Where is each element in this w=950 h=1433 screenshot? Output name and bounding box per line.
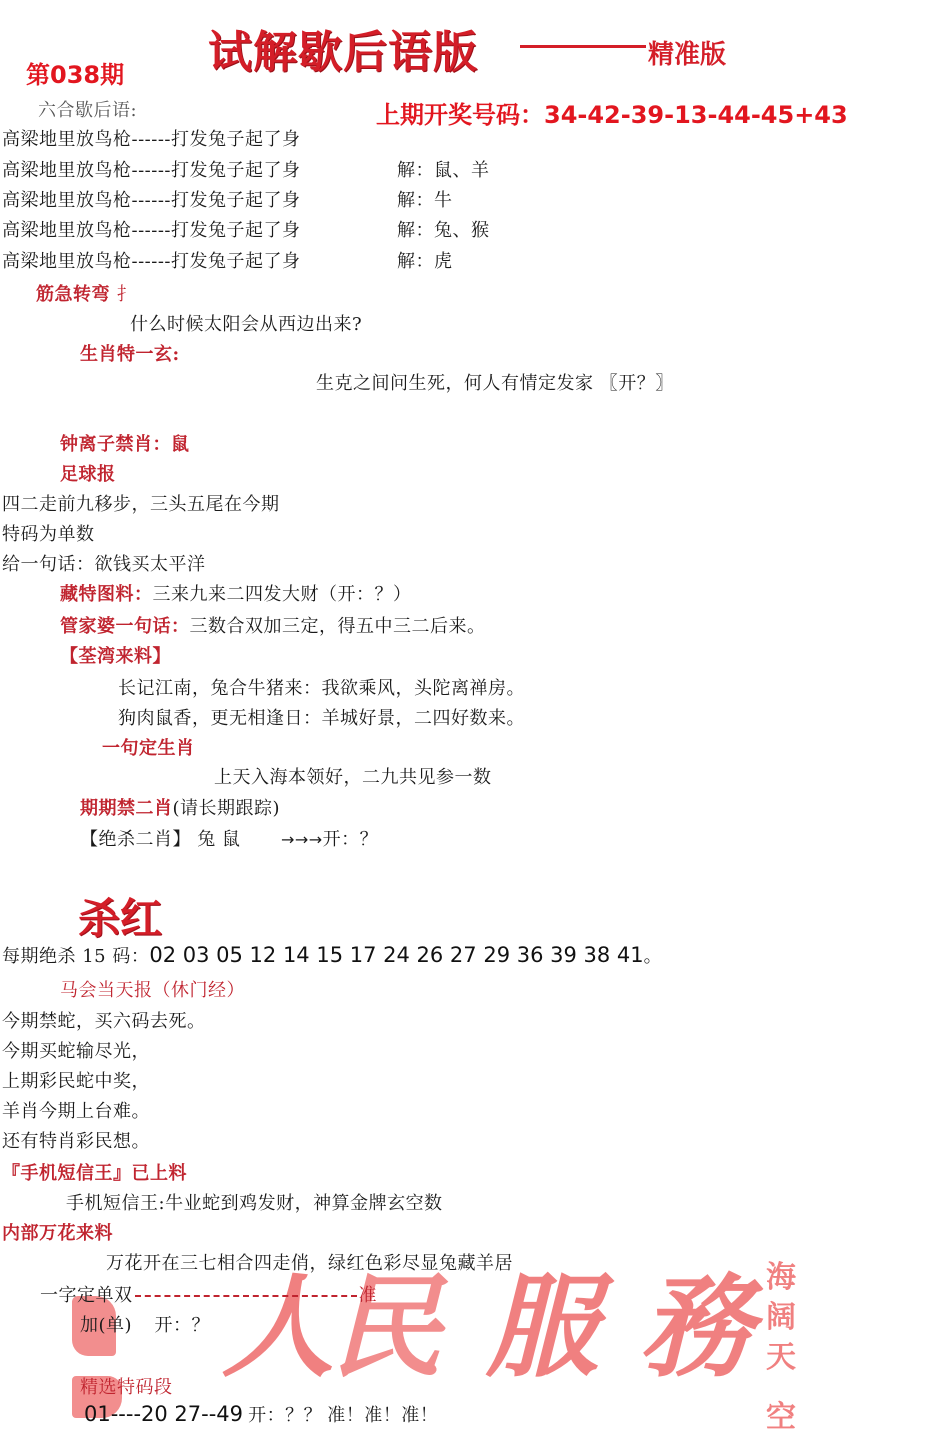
wanhua-text: 万花开在三七相合四走俏，绿红色彩尽显兔藏羊居: [106, 1249, 513, 1275]
proverb-text: 高梁地里放鸟枪------打发兔子起了身: [2, 190, 301, 211]
page-subtitle: 精准版: [648, 34, 726, 71]
watermark-vchar: 阔: [766, 1298, 800, 1338]
butler-label: 管家婆一句话：: [60, 616, 190, 637]
special-range-line: 01----20 27--49 开：？？ 准！准！准！: [84, 1401, 438, 1427]
last-draw: 上期开奖号码：34-42-39-13-44-45+43: [376, 95, 848, 130]
odd-even-value: 加(单) 开：？: [80, 1311, 210, 1337]
zodiac-riddle-text: 生克之间问生死，何人有情定发家 〖开？〗: [316, 369, 674, 395]
kill-red-line: 每期绝杀 15 码：02 03 05 12 14 15 17 24 26 27 …: [2, 942, 662, 968]
macau-line: 羊肖今期上台难。: [2, 1097, 150, 1123]
odd-even-heading: 一字定单双准: [40, 1281, 377, 1307]
kill-red-end: 。: [644, 946, 663, 967]
wanhua-heading: 内部万花来料: [2, 1219, 113, 1245]
proverb-answer: 解：虎: [397, 247, 453, 273]
title-divider: [520, 45, 646, 48]
odd-even-open: 开：？: [155, 1315, 211, 1336]
butler-text: 三数合双加三定，得五中三二后来。: [190, 616, 486, 637]
proverb-text: 高梁地里放鸟枪------打发兔子起了身: [2, 129, 301, 150]
liuhe-heading: 六合歇后语:: [38, 96, 137, 122]
odd-even-tail: 准: [359, 1285, 378, 1306]
brain-teaser-heading: 筋急转弯 扌: [36, 280, 135, 306]
kill-red-heading: 杀红: [78, 886, 162, 946]
zhongli-ban: 钟离子禁肖：鼠: [60, 430, 190, 456]
one-sentence-text: 上天入海本领好，二九共见参一数: [214, 763, 492, 789]
ban-two-open: 开：？: [323, 829, 379, 850]
macau-line: 今期禁蛇，买六码去死。: [2, 1007, 206, 1033]
last-draw-label: 上期开奖号码：: [376, 101, 544, 129]
ban-two-line: 【绝杀二肖】 兔 鼠 →→→开：？: [80, 825, 378, 851]
macau-line: 还有特肖彩民想。: [2, 1127, 150, 1153]
arrow-icon: →→→: [281, 830, 323, 849]
dashed-divider: [135, 1295, 357, 1297]
sms-king-heading: 『手机短信王』已上料: [2, 1159, 187, 1185]
butler: 管家婆一句话：三数合双加三定，得五中三二后来。: [60, 612, 486, 638]
ban-two-label: 【绝杀二肖】: [80, 829, 191, 850]
one-sentence-heading: 一句定生肖: [102, 734, 195, 760]
last-draw-numbers: 34-42-39-13-44-45+43: [544, 101, 848, 129]
watermark-vchar: 空: [766, 1398, 800, 1433]
issue-number: 第038期: [26, 55, 124, 90]
football-heading: 足球报: [60, 460, 116, 486]
brain-teaser-question: 什么时候太阳会从西边出来?: [130, 310, 362, 336]
special-range-open: 开：？？: [248, 1405, 322, 1426]
odd-even-title: 一字定单双: [40, 1285, 133, 1306]
ban-two-value: 兔 鼠: [197, 829, 240, 850]
ban-two-note: (请长期跟踪): [173, 798, 281, 819]
proverb-row: 高梁地里放鸟枪------打发兔子起了身: [2, 247, 301, 273]
watermark-vchar: 天: [766, 1338, 800, 1378]
football-line: 四二走前九移步，三头五尾在今期: [2, 490, 280, 516]
macau-line: 今期买蛇输尽光，: [2, 1037, 150, 1063]
hidden-pic-label: 藏特图料：: [60, 584, 153, 605]
proverb-row: 高梁地里放鸟枪------打发兔子起了身: [2, 156, 301, 182]
proverb-text: 高梁地里放鸟枪------打发兔子起了身: [2, 251, 301, 272]
ban-two-heading: 期期禁二肖(请长期跟踪): [80, 794, 280, 820]
special-range-emphasis: 准！准！准！: [327, 1405, 438, 1426]
page-title: 试解歇后语版: [208, 16, 478, 80]
football-line: 特码为单数: [2, 520, 95, 546]
proverb-text: 高梁地里放鸟枪------打发兔子起了身: [2, 220, 301, 241]
brain-teaser-title: 筋急转弯: [36, 284, 110, 305]
hidden-pic-text: 三来九来二四发大财（开：？）: [153, 584, 412, 605]
proverb-row: 高梁地里放鸟枪------打发兔子起了身: [2, 216, 301, 242]
odd-even-pick: 加(单): [80, 1315, 132, 1336]
sms-king-text: 手机短信王:牛业蛇到鸡发财，神算金牌玄空数: [66, 1189, 443, 1215]
football-line: 给一句话：欲钱买太平洋: [2, 550, 206, 576]
ban-two-title: 期期禁二肖: [80, 798, 173, 819]
proverb-text: 高梁地里放鸟枪------打发兔子起了身: [2, 160, 301, 181]
zhongli-label: 钟离子禁肖：: [60, 434, 171, 455]
watermark-vchar: 海: [766, 1258, 800, 1298]
macau-line: 上期彩民蛇中奖，: [2, 1067, 150, 1093]
special-range-heading: 精选特码段: [80, 1373, 173, 1399]
quanwan-line: 狗肉鼠香，更无相逢日：羊城好景，二四好数来。: [118, 704, 525, 730]
kill-red-label: 每期绝杀 15 码：: [2, 946, 149, 967]
zhongli-value: 鼠: [171, 434, 190, 455]
proverb-answer: 解：牛: [397, 186, 453, 212]
quanwan-heading: 【荃湾来料】: [60, 642, 171, 668]
proverb-answer: 解：兔、猴: [397, 216, 490, 242]
special-range-numbers: 01----20 27--49: [84, 1402, 243, 1426]
zodiac-riddle-heading: 生肖特一玄:: [80, 340, 180, 366]
quanwan-line: 长记江南，兔合牛猪来：我欲乘风，头陀离禅房。: [118, 674, 525, 700]
macau-heading: 马会当天报（休门经）: [60, 976, 245, 1002]
proverb-row: 高梁地里放鸟枪------打发兔子起了身: [2, 186, 301, 212]
brain-teaser-fragment: 扌: [117, 284, 136, 305]
kill-red-numbers: 02 03 05 12 14 15 17 24 26 27 29 36 39 3…: [149, 943, 643, 967]
watermark-vertical: 海 阔 天 空: [766, 1258, 800, 1433]
watermark-char: 務: [640, 1238, 752, 1399]
proverb-row: 高梁地里放鸟枪------打发兔子起了身: [2, 125, 301, 151]
proverb-answer: 解：鼠、羊: [397, 156, 490, 182]
hidden-pic: 藏特图料：三来九来二四发大财（开：？）: [60, 580, 412, 606]
